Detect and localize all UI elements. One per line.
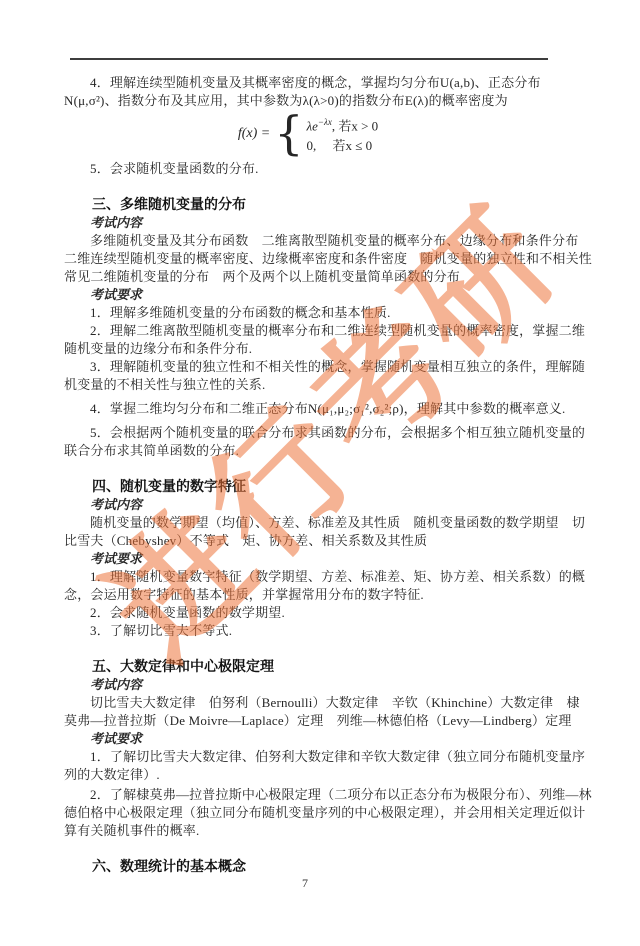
requirement-line: 念，会运用数字特征的基本性质，并掌握常用分布的数字特征. [64,586,552,604]
content-line: 二维连续型随机变量的概率密度、边缘概率密度和条件密度 随机变量的独立性和不相关性 [64,250,552,268]
section-heading: 三、多维随机变量的分布 [64,194,552,214]
requirement-line: 联合分布求其简单函数的分布. [64,442,552,460]
section-heading: 六、数理统计的基本概念 [64,856,552,876]
requirement-line: 1．了解切比雪夫大数定律、伯努利大数定律和辛钦大数定律（独立同分布随机变量序 [64,748,552,766]
requirement-line: 3．理解随机变量的独立性和不相关性的概念，掌握随机变量相互独立的条件，理解随 [64,358,552,376]
paragraph-line: 4．理解连续型随机变量及其概率密度的概念，掌握均匀分布U(a,b)、正态分布 [64,74,552,92]
exam-requirement-label: 考试要求 [64,730,552,748]
header-rule [70,58,548,60]
formula-case-bottom: 0, 若x ≤ 0 [306,136,378,155]
formula-lhs: f(x) = [238,125,270,143]
content-line: 切比雪夫大数定律 伯努利（Bernoulli）大数定律 辛钦（Khinchine… [64,694,552,712]
exam-requirement-label: 考试要求 [64,286,552,304]
formula: f(x) = { λe−λx, 若x > 0 0, 若x ≤ 0 [64,112,552,156]
page-content: 4．理解连续型随机变量及其概率密度的概念，掌握均匀分布U(a,b)、正态分布 N… [64,74,552,876]
requirement-line: 机变量的不相关性与独立性的关系. [64,376,552,394]
exam-content-label: 考试内容 [64,676,552,694]
content-line: 常见二维随机变量的分布 两个及两个以上随机变量简单函数的分布 [64,268,552,286]
exam-content-label: 考试内容 [64,496,552,514]
content-line: 比雪夫（Chebyshev）不等式 矩、协方差、相关系数及其性质 [64,532,552,550]
content-line: 莫弗—拉普拉斯（De Moivre—Laplace）定理 列维—林德伯格（Lev… [64,712,552,730]
requirement-line: 1．理解随机变量数字特征（数学期望、方差、标准差、矩、协方差、相关系数）的概 [64,568,552,586]
requirement-line: 5．会根据两个随机变量的联合分布求其函数的分布，会根据多个相互独立随机变量的 [64,424,552,442]
requirement-line: 1．理解多维随机变量的分布函数的概念和基本性质. [64,304,552,322]
requirement-line: 列的大数定律）. [64,766,552,784]
paragraph-line: N(μ,σ²)、指数分布及其应用，其中参数为λ(λ>0)的指数分布E(λ)的概率… [64,92,552,110]
content-line: 多维随机变量及其分布函数 二维离散型随机变量的概率分布、边缘分布和条件分布 [64,232,552,250]
requirement-line: 4．掌握二维均匀分布和二维正态分布N(μ₁,μ₂;σ₁²,σ₂²;ρ)，理解其中… [64,400,552,418]
requirement-line: 2．会求随机变量函数的数学期望. [64,604,552,622]
section-heading: 五、大数定律和中心极限定理 [64,656,552,676]
document-page: { "page": { "number": "7" }, "rule_color… [0,0,640,946]
page-number: 7 [302,876,308,891]
formula-case-top: λe−λx, 若x > 0 [306,113,378,135]
content-line: 随机变量的数学期望（均值）、方差、标准差及其性质 随机变量函数的数学期望 切 [64,514,552,532]
exam-requirement-label: 考试要求 [64,550,552,568]
section-heading: 四、随机变量的数字特征 [64,476,552,496]
scanned-page: 4．理解连续型随机变量及其概率密度的概念，掌握均匀分布U(a,b)、正态分布 N… [0,0,640,946]
paragraph-line: 5．会求随机变量函数的分布. [64,160,552,178]
exam-content-label: 考试内容 [64,214,552,232]
formula-brace: { [274,111,303,155]
requirement-line: 2．了解棣莫弗—拉普拉斯中心极限定理（二项分布以正态分布为极限分布）、列维—林 [64,786,552,804]
requirement-line: 3．了解切比雪夫不等式. [64,622,552,640]
requirement-line: 2．理解二维离散型随机变量的概率分布和二维连续型随机变量的概率密度，掌握二维 [64,322,552,340]
formula-cases: λe−λx, 若x > 0 0, 若x ≤ 0 [306,113,378,154]
requirement-line: 算有关随机事件的概率. [64,822,552,840]
requirement-line: 德伯格中心极限定理（独立同分布随机变量序列的中心极限定理），并会用相关定理近似计 [64,804,552,822]
requirement-line: 随机变量的边缘分布和条件分布. [64,340,552,358]
